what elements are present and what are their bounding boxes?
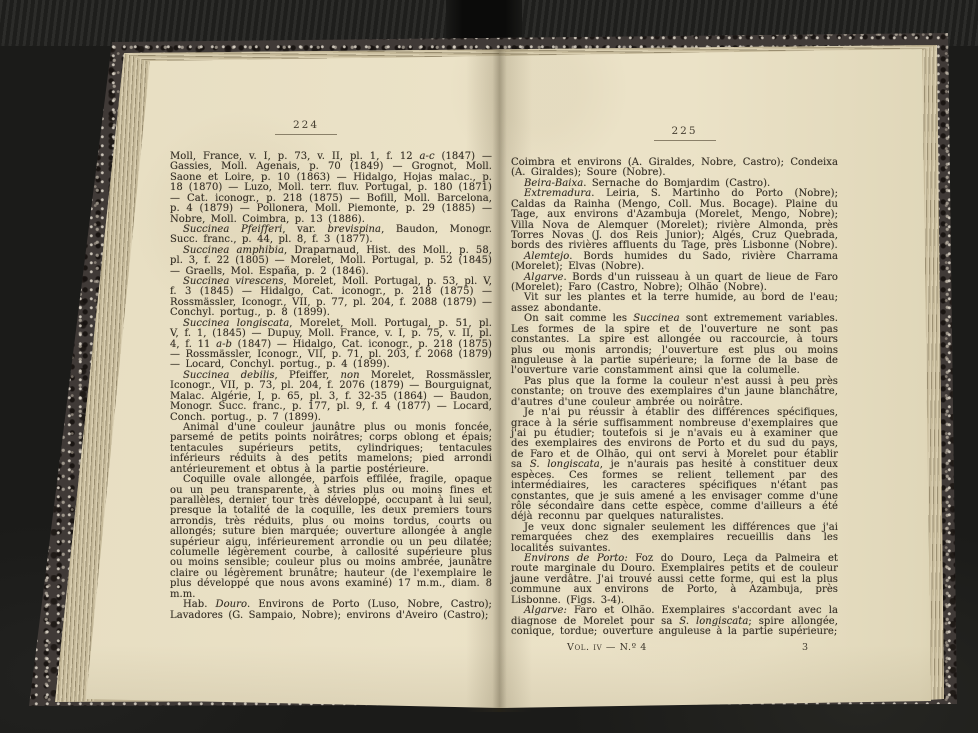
paragraph: Algarve: Faro et Olhão. Exemplaires s'ac… — [511, 606, 838, 637]
left-page-number: 224 — [293, 119, 319, 131]
left-page-content: 224 Moll, France, v. I, p. 73, v. II, pl… — [170, 119, 492, 621]
paragraph: Extremadura. Leiria, S. Martinho do Port… — [511, 189, 838, 252]
paragraph: On sait comme les Succinea sont extremem… — [511, 314, 838, 377]
left-header-rule — [275, 134, 337, 135]
paragraph: Succinea longiscata, Morelet, Moll. Port… — [170, 319, 492, 371]
paragraph: Coquille ovale allongée, parfois effilée… — [170, 475, 492, 600]
right-page-header: 225 — [521, 125, 848, 158]
paragraph: Algarve. Bords d'un ruisseau à un quart … — [511, 273, 838, 294]
paragraph: Animal d'une couleur jaunâtre plus ou mo… — [170, 423, 492, 475]
left-page-header: 224 — [145, 119, 467, 152]
paragraph: Environs de Porto: Foz do Douro, Leça da… — [511, 554, 838, 606]
paragraph: Moll, France, v. I, p. 73, v. II, pl. 1,… — [170, 152, 492, 225]
left-page-text: Moll, France, v. I, p. 73, v. II, pl. 1,… — [170, 152, 492, 621]
paragraph: Succinea debilis, Pfeiffer, non Morelet,… — [170, 371, 492, 423]
paragraph: Je n'ai pu réussir à établir des différe… — [511, 408, 838, 523]
right-page-content: 225 Coimbra et environs (A. Giraldes, No… — [511, 125, 838, 653]
paragraph: Succinea virescens, Morelet, Moll. Portu… — [170, 277, 492, 319]
paragraph: Succinea amphibia, Draparnaud, Hist. des… — [170, 246, 492, 277]
paragraph: Alemtejo. Bords humides du Sado, rivière… — [511, 252, 838, 273]
right-page-number: 225 — [671, 125, 697, 137]
signature-number: 3 — [802, 642, 808, 653]
paragraph: Coimbra et environs (A. Giraldes, Nobre,… — [511, 158, 838, 179]
volume-label: Vol. iv — N.º 4 — [567, 642, 647, 653]
right-page-text: Coimbra et environs (A. Giraldes, Nobre,… — [511, 158, 838, 637]
paragraph: Hab. Douro. Environs de Porto (Luso, Nob… — [170, 600, 492, 621]
book-photo-scene: 224 Moll, France, v. I, p. 73, v. II, pl… — [0, 0, 978, 733]
paragraph: Succinea Pfeifferi, var. brevispina, Bau… — [170, 225, 492, 246]
right-header-rule — [654, 140, 716, 141]
paragraph: Je veux donc signaler seulement les diff… — [511, 523, 838, 554]
paragraph: Vit sur les plantes et la terre humide, … — [511, 293, 838, 314]
paragraph: Pas plus que la forme la couleur n'est a… — [511, 377, 838, 408]
right-page-footer: Vol. iv — N.º 4 3 — [511, 642, 838, 653]
